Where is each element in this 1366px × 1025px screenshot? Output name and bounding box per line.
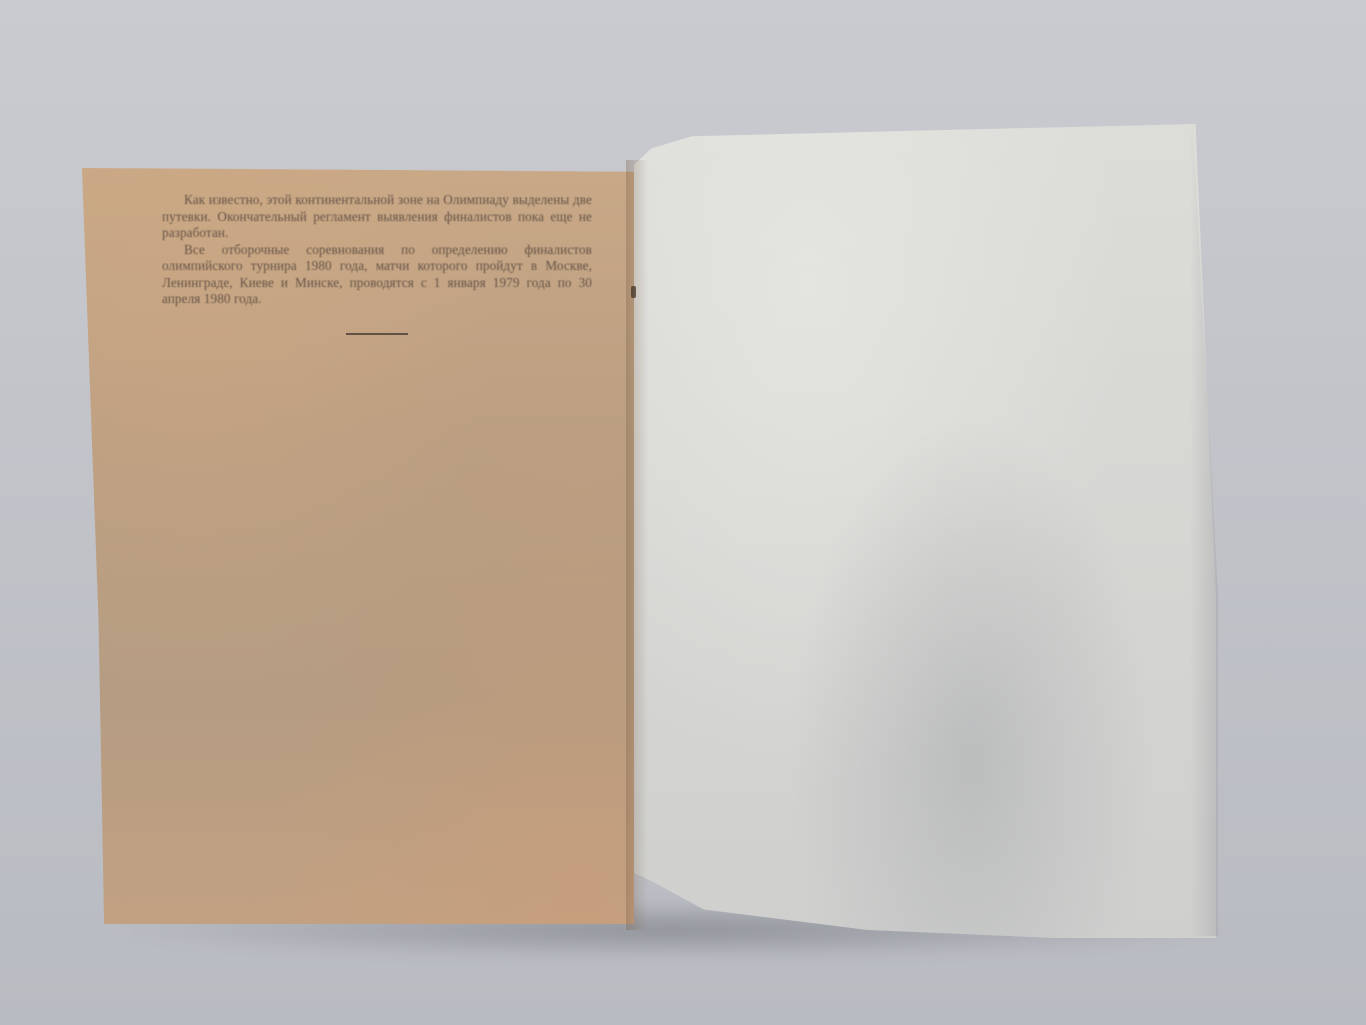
paragraph-2: Все отборочные соревнования по определен… [162,242,592,308]
right-page-edge-shadow [1190,124,1218,936]
spine-fold [626,160,648,930]
left-page: Как известно, этой континентальной зоне … [82,168,634,924]
photo-scene: Как известно, этой континентальной зоне … [0,0,1366,1025]
staple-mark [631,286,636,298]
right-page [634,124,1216,938]
section-separator-line [346,333,408,335]
paragraph-1: Как известно, этой континентальной зоне … [162,192,592,242]
page-text: Как известно, этой континентальной зоне … [162,192,592,308]
